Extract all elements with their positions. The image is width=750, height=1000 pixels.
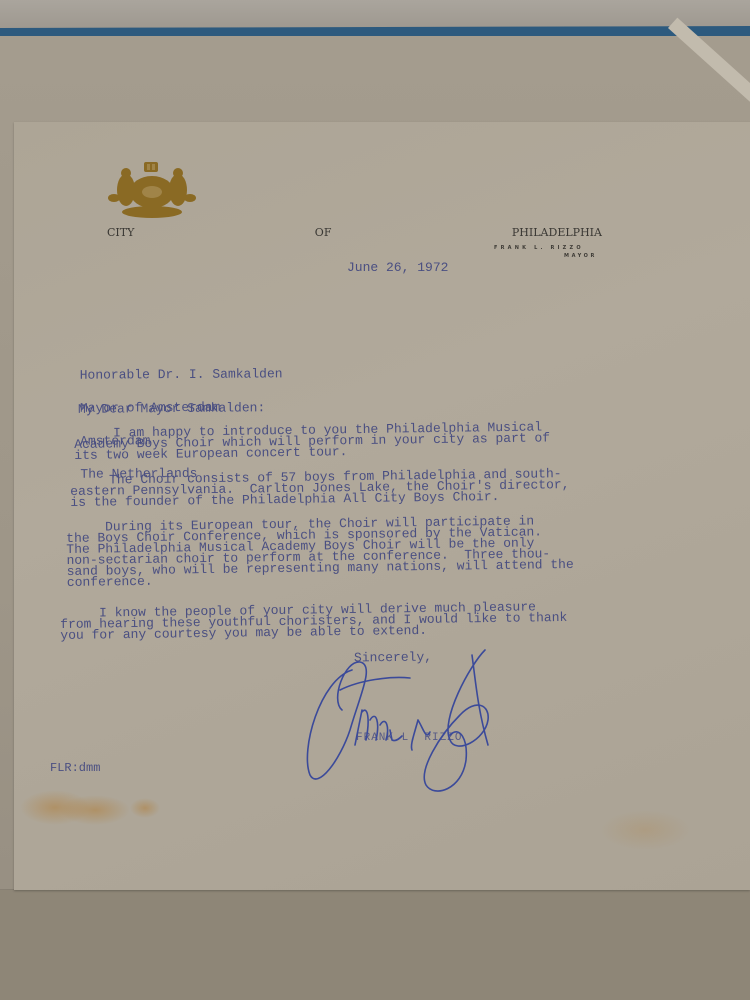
mayor-title: MAYOR: [564, 253, 597, 259]
paragraph-1: I am happy to introduce to you the Phila…: [74, 421, 550, 461]
letterhead-letter: F: [324, 226, 332, 239]
salutation: My Dear Mayor Samkalden:: [78, 402, 265, 415]
stain-mark: [600, 810, 690, 850]
letterhead-title: CITY OF PHILADELPHIA: [107, 226, 602, 239]
letterhead-letter: O: [315, 226, 324, 239]
recipient-line: Honorable Dr. I. Samkalden: [80, 368, 283, 380]
letterhead-letter: P: [512, 226, 519, 239]
letterhead-letter: Y: [127, 226, 134, 239]
letterhead-word-philadelphia: PHILADELPHIA: [512, 226, 602, 239]
letterhead-letter: A: [594, 226, 602, 239]
letterhead-letter: L: [533, 226, 540, 239]
letter-date: June 26, 1972: [347, 262, 448, 273]
handwritten-signature: [300, 640, 500, 800]
letterhead-letter: A: [541, 226, 549, 239]
paragraph-2: The Choir consists of 57 boys from Phila…: [70, 468, 570, 508]
letterhead-letter: H: [580, 226, 590, 239]
letterhead-letter: D: [549, 226, 558, 239]
lower-surface: [0, 890, 750, 1000]
city-seal-icon: [108, 160, 196, 220]
letterhead-letter: C: [107, 226, 115, 239]
recipient-address: Honorable Dr. I. Samkalden Mayor of Amst…: [80, 346, 284, 490]
letterhead-letter: P: [573, 226, 580, 239]
letterhead-word-of: OF: [315, 226, 332, 239]
letterhead-letter: E: [557, 226, 565, 239]
paragraph-3: During its European tour, the Choir will…: [66, 515, 574, 588]
letterhead-word-city: CITY: [107, 226, 134, 239]
stain-mark: [130, 798, 160, 818]
letterhead-letter: L: [565, 226, 572, 239]
reference-initials: FLR:dmm: [50, 763, 100, 774]
stain-mark: [60, 795, 130, 825]
mayor-name: FRANK L. RIZZO: [494, 245, 584, 251]
letterhead-letter: H: [519, 226, 529, 239]
